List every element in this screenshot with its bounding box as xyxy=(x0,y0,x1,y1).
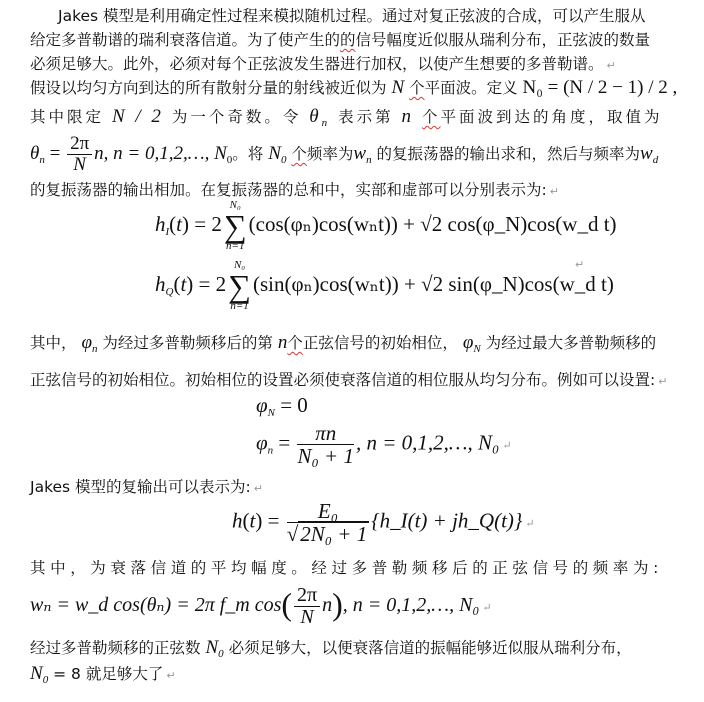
spellcheck-flag: 个 xyxy=(409,79,425,97)
math-phi-N: φN xyxy=(463,332,481,353)
text: 必须足够大，以便衰落信道的振幅能够近似服从瑞利分布， xyxy=(229,639,632,657)
equation-phin: φn = πnN₀ + 1, n = 0,1,2,…, N₀↵ xyxy=(256,422,512,467)
text-line-2: 给定多普勒谱的瑞利衰落信道。为了使产生的的信号幅度近似服从瑞利分布，正弦波的数量 xyxy=(30,30,650,50)
summation-symbol: N₀∑n=1 xyxy=(224,200,247,252)
text: Jakes 模型是利用确定性过程来模拟随机过程。通过对复正弦波的合成，可以产生服… xyxy=(58,7,646,25)
text: Jakes 模型的复输出可以表示为: xyxy=(30,478,251,496)
text: 的复振荡器的输出求和，然后与频率为 xyxy=(377,145,641,163)
text: 为经过多普勒频移后的第 xyxy=(102,334,273,352)
math-phi-n: φn xyxy=(81,332,97,353)
math-wd: wd xyxy=(640,143,658,164)
spellcheck-flag: 个 xyxy=(422,108,441,126)
equation-h: h(t) = E₀√2N₀ + 1{h_I(t) + jh_Q(t)}↵ xyxy=(232,500,535,545)
paragraph-mark-icon: ↵ xyxy=(166,669,175,682)
text: 为一个奇数。令 xyxy=(172,108,302,126)
math-N0: N0 xyxy=(268,143,286,164)
paragraph-mark-icon: ↵ xyxy=(550,185,559,198)
math-theta-n: θn = xyxy=(30,143,65,164)
text: 平面波。定义 xyxy=(425,79,518,97)
text: 信号幅度近似服从瑞利分布，正弦波的数量 xyxy=(356,31,651,49)
text: 。将 xyxy=(232,145,263,163)
text-line-3: 必须足够大。此外，必须对每个正弦波发生器进行加权，以使产生想要的多普勒谱。↵ xyxy=(30,54,616,76)
paragraph-mark-icon: ↵ xyxy=(502,440,511,452)
paragraph-mark-icon: ↵ xyxy=(607,59,616,72)
summation-symbol: N₀∑n=1 xyxy=(228,260,251,312)
text: 必须足够大。此外，必须对每个正弦波发生器进行加权，以使产生想要的多普勒谱。 xyxy=(30,55,604,73)
text: 正弦信号的初始相位， xyxy=(303,334,458,352)
text: 表示第 xyxy=(338,108,394,126)
text-line-10: Jakes 模型的复输出可以表示为:↵ xyxy=(30,477,263,499)
text-line-9: 正弦信号的初始相位。初始相位的设置必须使衰落信道的相位服从均匀分布。例如可以设置… xyxy=(30,370,667,392)
math-wn: wn xyxy=(353,143,371,164)
text: 的复振荡器的输出相加。在复振荡器的总和中，实部和虚部可以分别表示为: xyxy=(30,181,547,199)
text: 为经过最大多普勒频移的 xyxy=(486,334,657,352)
equation-phiN: φN = 0 xyxy=(256,393,308,419)
math-n: n xyxy=(278,332,288,353)
math-n-range: n, n = 0,1,2,…, N xyxy=(94,143,227,164)
text: 频率为 xyxy=(307,145,354,163)
math-n: n xyxy=(402,106,415,127)
text-line-1: Jakes 模型是利用确定性过程来模拟随机过程。通过对复正弦波的合成，可以产生服… xyxy=(58,6,646,26)
math-N0: N0 xyxy=(205,637,223,658)
text: 其中， xyxy=(30,334,77,352)
equation-hQ: hQ(t) = 2N₀∑n=1(sin(φₙ)cos(wₙt)) + √2 si… xyxy=(155,260,614,312)
fraction-E0-over-sqrt: E₀√2N₀ + 1 xyxy=(287,500,370,545)
paragraph-mark-icon: ↵ xyxy=(482,602,491,614)
equation-hI: hI(t) = 2N₀∑n=1(cos(φₙ)cos(wₙt)) + √2 co… xyxy=(155,200,617,252)
fraction-2pi-over-N: 2πN xyxy=(294,585,320,628)
text: 给定多普勒谱的瑞利衰落信道。为了使产生的 xyxy=(30,31,340,49)
text: 其中限定 xyxy=(30,108,104,126)
text-line-12: 经过多普勒频移的正弦数 N0 必须足够大，以便衰落信道的振幅能够近似服从瑞利分布… xyxy=(30,638,632,664)
text: 其中，为衰落信道的平均幅度。经过多普勒频移后的正弦信号的频率为: xyxy=(30,559,663,577)
math-N: N xyxy=(391,77,404,98)
math-N0: N0 xyxy=(30,663,48,684)
paragraph-mark-icon: ↵ xyxy=(254,482,263,495)
fraction-pin-over-N0plus1: πnN₀ + 1 xyxy=(297,422,353,467)
paragraph-mark-icon: ↵ xyxy=(525,518,534,530)
text-line-13: N0 = 8 就足够大了↵ xyxy=(30,664,176,690)
text-line-8: 其中， φn 为经过多普勒频移后的第 n个正弦信号的初始相位， φN 为经过最大… xyxy=(30,333,656,359)
fraction-2pi-over-N: 2πN xyxy=(67,134,92,175)
text: 假设以均匀方向到达的所有散射分量的射线被近似为 xyxy=(30,79,387,97)
text-line-7: 的复振荡器的输出相加。在复振荡器的总和中，实部和虚部可以分别表示为:↵ xyxy=(30,180,559,202)
spellcheck-flag: 个 xyxy=(291,145,307,163)
text: 正弦信号的初始相位。初始相位的设置必须使衰落信道的相位服从均匀分布。例如可以设置… xyxy=(30,371,655,389)
equation-wn: wₙ = w_d cos(θₙ) = 2π f_m cos(2πNn), n =… xyxy=(30,585,492,628)
text: = 8 就足够大了 xyxy=(53,665,163,683)
text-line-4: 假设以均匀方向到达的所有散射分量的射线被近似为 N 个平面波。定义 N₀ = (… xyxy=(30,78,677,98)
spellcheck-flag: 的 xyxy=(340,31,356,49)
math-N-over-2: N / 2 xyxy=(112,106,164,127)
text-line-6: θn = 2πNn, n = 0,1,2,…, N0。将 N0 个频率为wn 的… xyxy=(30,132,658,178)
math-N0-definition: N₀ = (N / 2 − 1) / 2 , xyxy=(523,77,678,98)
paragraph-mark-icon: ↵ xyxy=(658,375,667,388)
math-theta-n: θn xyxy=(309,106,330,127)
text-line-11: 其中，为衰落信道的平均幅度。经过多普勒频移后的正弦信号的频率为: xyxy=(30,558,663,578)
spellcheck-flag: 个 xyxy=(287,334,303,352)
text: 平面波到达的角度，取值为 xyxy=(440,108,662,126)
text: 经过多普勒频移的正弦数 xyxy=(30,639,201,657)
text-line-5: 其中限定 N / 2 为一个奇数。令 θn 表示第 n 个平面波到达的角度，取值… xyxy=(30,107,663,133)
